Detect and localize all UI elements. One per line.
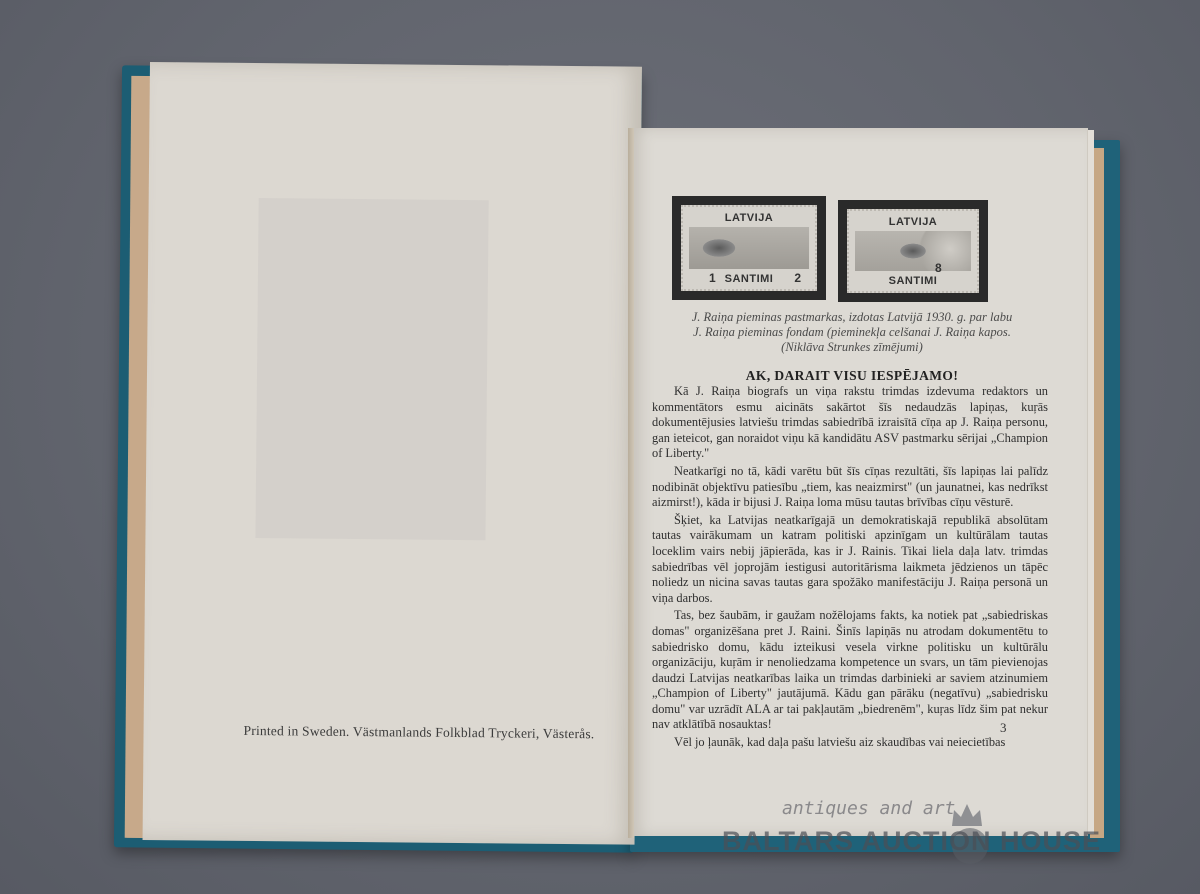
book-gutter bbox=[628, 128, 634, 838]
printer-imprint: Printed in Sweden. Västmanlands Folkblad… bbox=[244, 723, 624, 743]
page-number: 3 bbox=[1000, 720, 1007, 736]
paragraph-2: Neatkarīgi no tā, kādi varētu būt šīs cī… bbox=[652, 464, 1048, 511]
right-page: LATVIJA 1 SANTIMI 2 LATVIJA 8 SANTIMI J.… bbox=[630, 128, 1088, 836]
stamp-1-portrait-illustration bbox=[689, 227, 809, 269]
caption-line-3: (Niklāva Strunkes zīmējumi) bbox=[652, 340, 1052, 355]
stamp-2-denomination: 8 bbox=[935, 261, 942, 275]
caption-line-1: J. Raiņa pieminas pastmarkas, izdotas La… bbox=[652, 310, 1052, 325]
paragraph-4: Tas, bez šaubām, ir gaužam nožēlojams fa… bbox=[652, 608, 1048, 733]
stamp-2-currency: SANTIMI bbox=[849, 275, 977, 287]
stamp-2-country: LATVIJA bbox=[849, 216, 977, 228]
paragraph-3: Šķiet, ka Latvijas neatkarīgajā un demok… bbox=[652, 513, 1048, 607]
stamp-1: LATVIJA 1 SANTIMI 2 bbox=[672, 196, 826, 300]
body-text: Kā J. Raiņa biografs un viņa rakstu trim… bbox=[652, 384, 1048, 753]
paragraph-5: Vēl jo ļaunāk, kad daļa pašu latviešu ai… bbox=[652, 735, 1048, 751]
left-page: Printed in Sweden. Västmanlands Folkblad… bbox=[143, 62, 642, 845]
stamp-2-portrait-illustration bbox=[855, 231, 971, 271]
caption-line-2: J. Raiņa pieminas fondam (pieminekļa cel… bbox=[652, 325, 1052, 340]
stamp-2: LATVIJA 8 SANTIMI bbox=[838, 200, 988, 302]
stamp-1-country: LATVIJA bbox=[683, 212, 815, 224]
stamp-1-denomination-right: 2 bbox=[794, 271, 801, 285]
paragraph-1: Kā J. Raiņa biografs un viņa rakstu trim… bbox=[652, 384, 1048, 462]
chapter-heading: AK, DARAIT VISU IESPĒJAMO! bbox=[652, 368, 1052, 384]
page-fore-edge bbox=[1087, 130, 1094, 834]
show-through-shadow bbox=[255, 198, 488, 540]
stamp-caption: J. Raiņa pieminas pastmarkas, izdotas La… bbox=[652, 310, 1052, 355]
